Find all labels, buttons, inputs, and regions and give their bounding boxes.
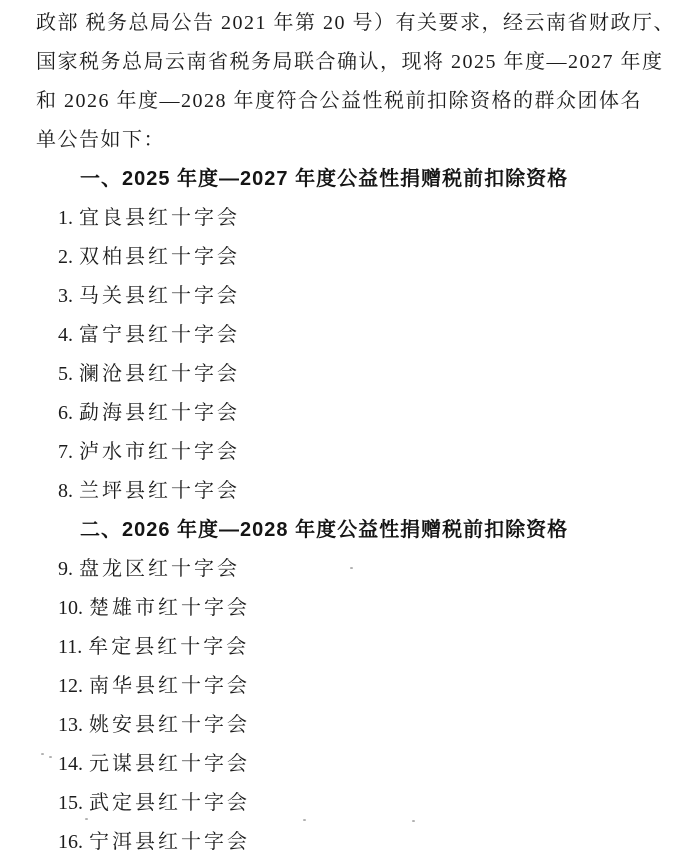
scan-speck (303, 819, 306, 821)
list-item-5: 5.澜沧县红十字会 (0, 355, 686, 394)
item-name: 宁洱县红十字会 (89, 831, 250, 853)
list-item-11: 11.牟定县红十字会 (0, 628, 686, 667)
intro-line-2: 国家税务总局云南省税务局联合确认，现将 2025 年度—2027 年度 (0, 43, 686, 82)
item-number: 7. (58, 441, 73, 463)
item-name: 元谋县红十字会 (89, 753, 250, 775)
item-name: 南华县红十字会 (89, 675, 250, 697)
item-name: 双柏县红十字会 (79, 246, 240, 268)
item-number: 11. (58, 636, 82, 658)
item-number: 3. (58, 285, 73, 307)
scanned-document-page: { "page": { "background_color": "#ffffff… (0, 0, 686, 854)
item-name: 武定县红十字会 (89, 792, 250, 814)
item-number: 6. (58, 402, 73, 424)
document-body: 政部 税务总局公告 2021 年第 20 号）有关要求，经云南省财政厅、 国家税… (0, 0, 686, 854)
item-number: 10. (58, 597, 83, 619)
intro-line-4: 单公告如下： (0, 121, 686, 160)
intro-line-1: 政部 税务总局公告 2021 年第 20 号）有关要求，经云南省财政厅、 (0, 4, 686, 43)
list-item-6: 6.勐海县红十字会 (0, 394, 686, 433)
scan-speck (412, 820, 415, 822)
list-item-13: 13.姚安县红十字会 (0, 706, 686, 745)
item-number: 4. (58, 324, 73, 346)
list-item-7: 7.泸水市红十字会 (0, 433, 686, 472)
list-item-4: 4.富宁县红十字会 (0, 316, 686, 355)
item-name: 宜良县红十字会 (79, 207, 240, 229)
item-name: 澜沧县红十字会 (79, 363, 240, 385)
item-number: 16. (58, 831, 83, 853)
item-number: 5. (58, 363, 73, 385)
item-name: 泸水市红十字会 (79, 441, 240, 463)
item-number: 9. (58, 558, 73, 580)
scan-speck (41, 753, 44, 755)
item-number: 8. (58, 480, 73, 502)
item-name: 牟定县红十字会 (88, 636, 249, 658)
item-number: 13. (58, 714, 83, 736)
item-number: 1. (58, 207, 73, 229)
list-item-12: 12.南华县红十字会 (0, 667, 686, 706)
list-item-16: 16.宁洱县红十字会 (0, 823, 686, 854)
item-number: 14. (58, 753, 83, 775)
list-item-8: 8.兰坪县红十字会 (0, 472, 686, 511)
scan-speck (85, 818, 88, 820)
item-name: 富宁县红十字会 (79, 324, 240, 346)
scan-speck (49, 756, 52, 758)
item-name: 姚安县红十字会 (89, 714, 250, 736)
item-name: 勐海县红十字会 (79, 402, 240, 424)
list-item-14: 14.元谋县红十字会 (0, 745, 686, 784)
list-item-15: 15.武定县红十字会 (0, 784, 686, 823)
section-2-heading: 二、2026 年度—2028 年度公益性捐赠税前扣除资格 (0, 511, 686, 550)
list-item-10: 10.楚雄市红十字会 (0, 589, 686, 628)
intro-line-3: 和 2026 年度—2028 年度符合公益性税前扣除资格的群众团体名 (0, 82, 686, 121)
list-item-1: 1.宜良县红十字会 (0, 199, 686, 238)
item-number: 2. (58, 246, 73, 268)
item-name: 楚雄市红十字会 (89, 597, 250, 619)
section-1-heading: 一、2025 年度—2027 年度公益性捐赠税前扣除资格 (0, 160, 686, 199)
item-number: 12. (58, 675, 83, 697)
item-number: 15. (58, 792, 83, 814)
list-item-3: 3.马关县红十字会 (0, 277, 686, 316)
item-name: 马关县红十字会 (79, 285, 240, 307)
scan-speck (350, 567, 353, 569)
list-item-9: 9.盘龙区红十字会 (0, 550, 686, 589)
item-name: 兰坪县红十字会 (79, 480, 240, 502)
list-item-2: 2.双柏县红十字会 (0, 238, 686, 277)
item-name: 盘龙区红十字会 (79, 558, 240, 580)
